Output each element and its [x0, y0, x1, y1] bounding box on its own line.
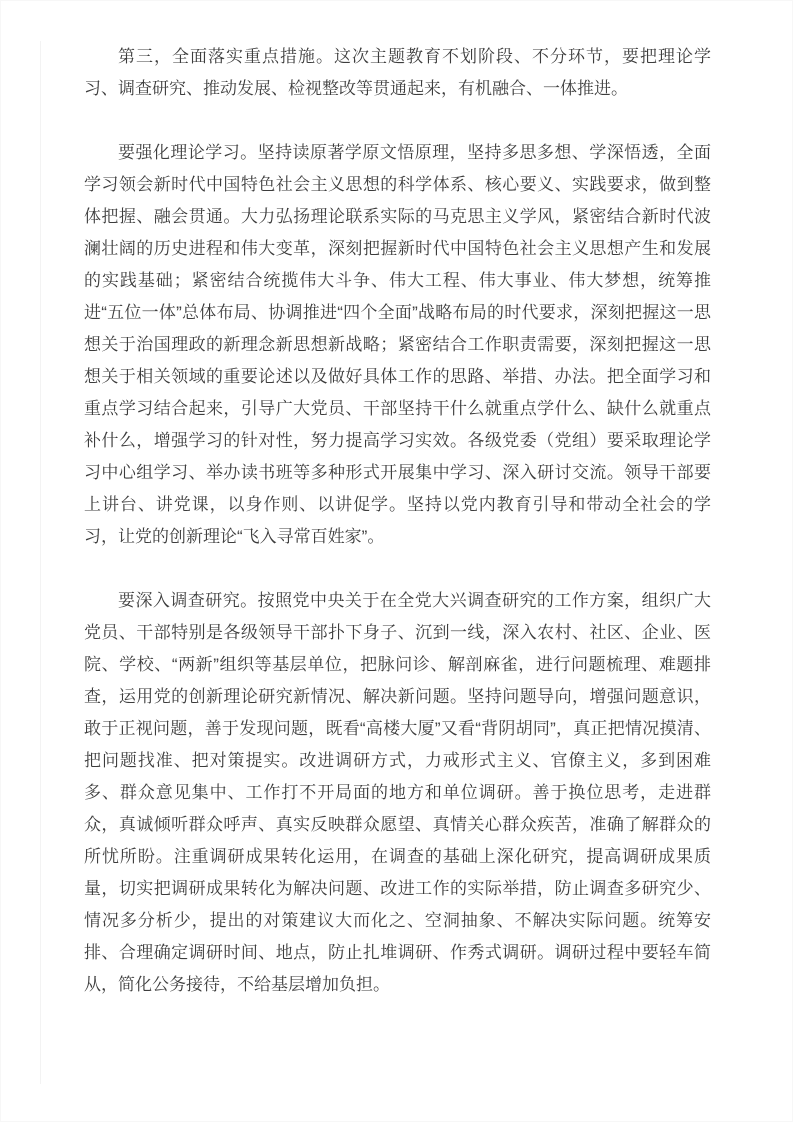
document-body: 第三，全面落实重点措施。这次主题教育不划阶段、不分环节，要把理论学习、调查研究、…: [84, 41, 711, 1001]
document-page: 第三，全面落实重点措施。这次主题教育不划阶段、不分环节，要把理论学习、调查研究、…: [0, 0, 793, 1122]
paragraph: 要深入调查研究。按照党中央关于在全党大兴调查研究的工作方案，组织广大党员、干部特…: [84, 585, 711, 1001]
paragraph: 第三，全面落实重点措施。这次主题教育不划阶段、不分环节，要把理论学习、调查研究、…: [84, 41, 711, 105]
paragraph: 要强化理论学习。坚持读原著学原文悟原理，坚持多思多想、学深悟透，全面学习领会新时…: [84, 137, 711, 553]
page-edge-line: [40, 41, 41, 1084]
